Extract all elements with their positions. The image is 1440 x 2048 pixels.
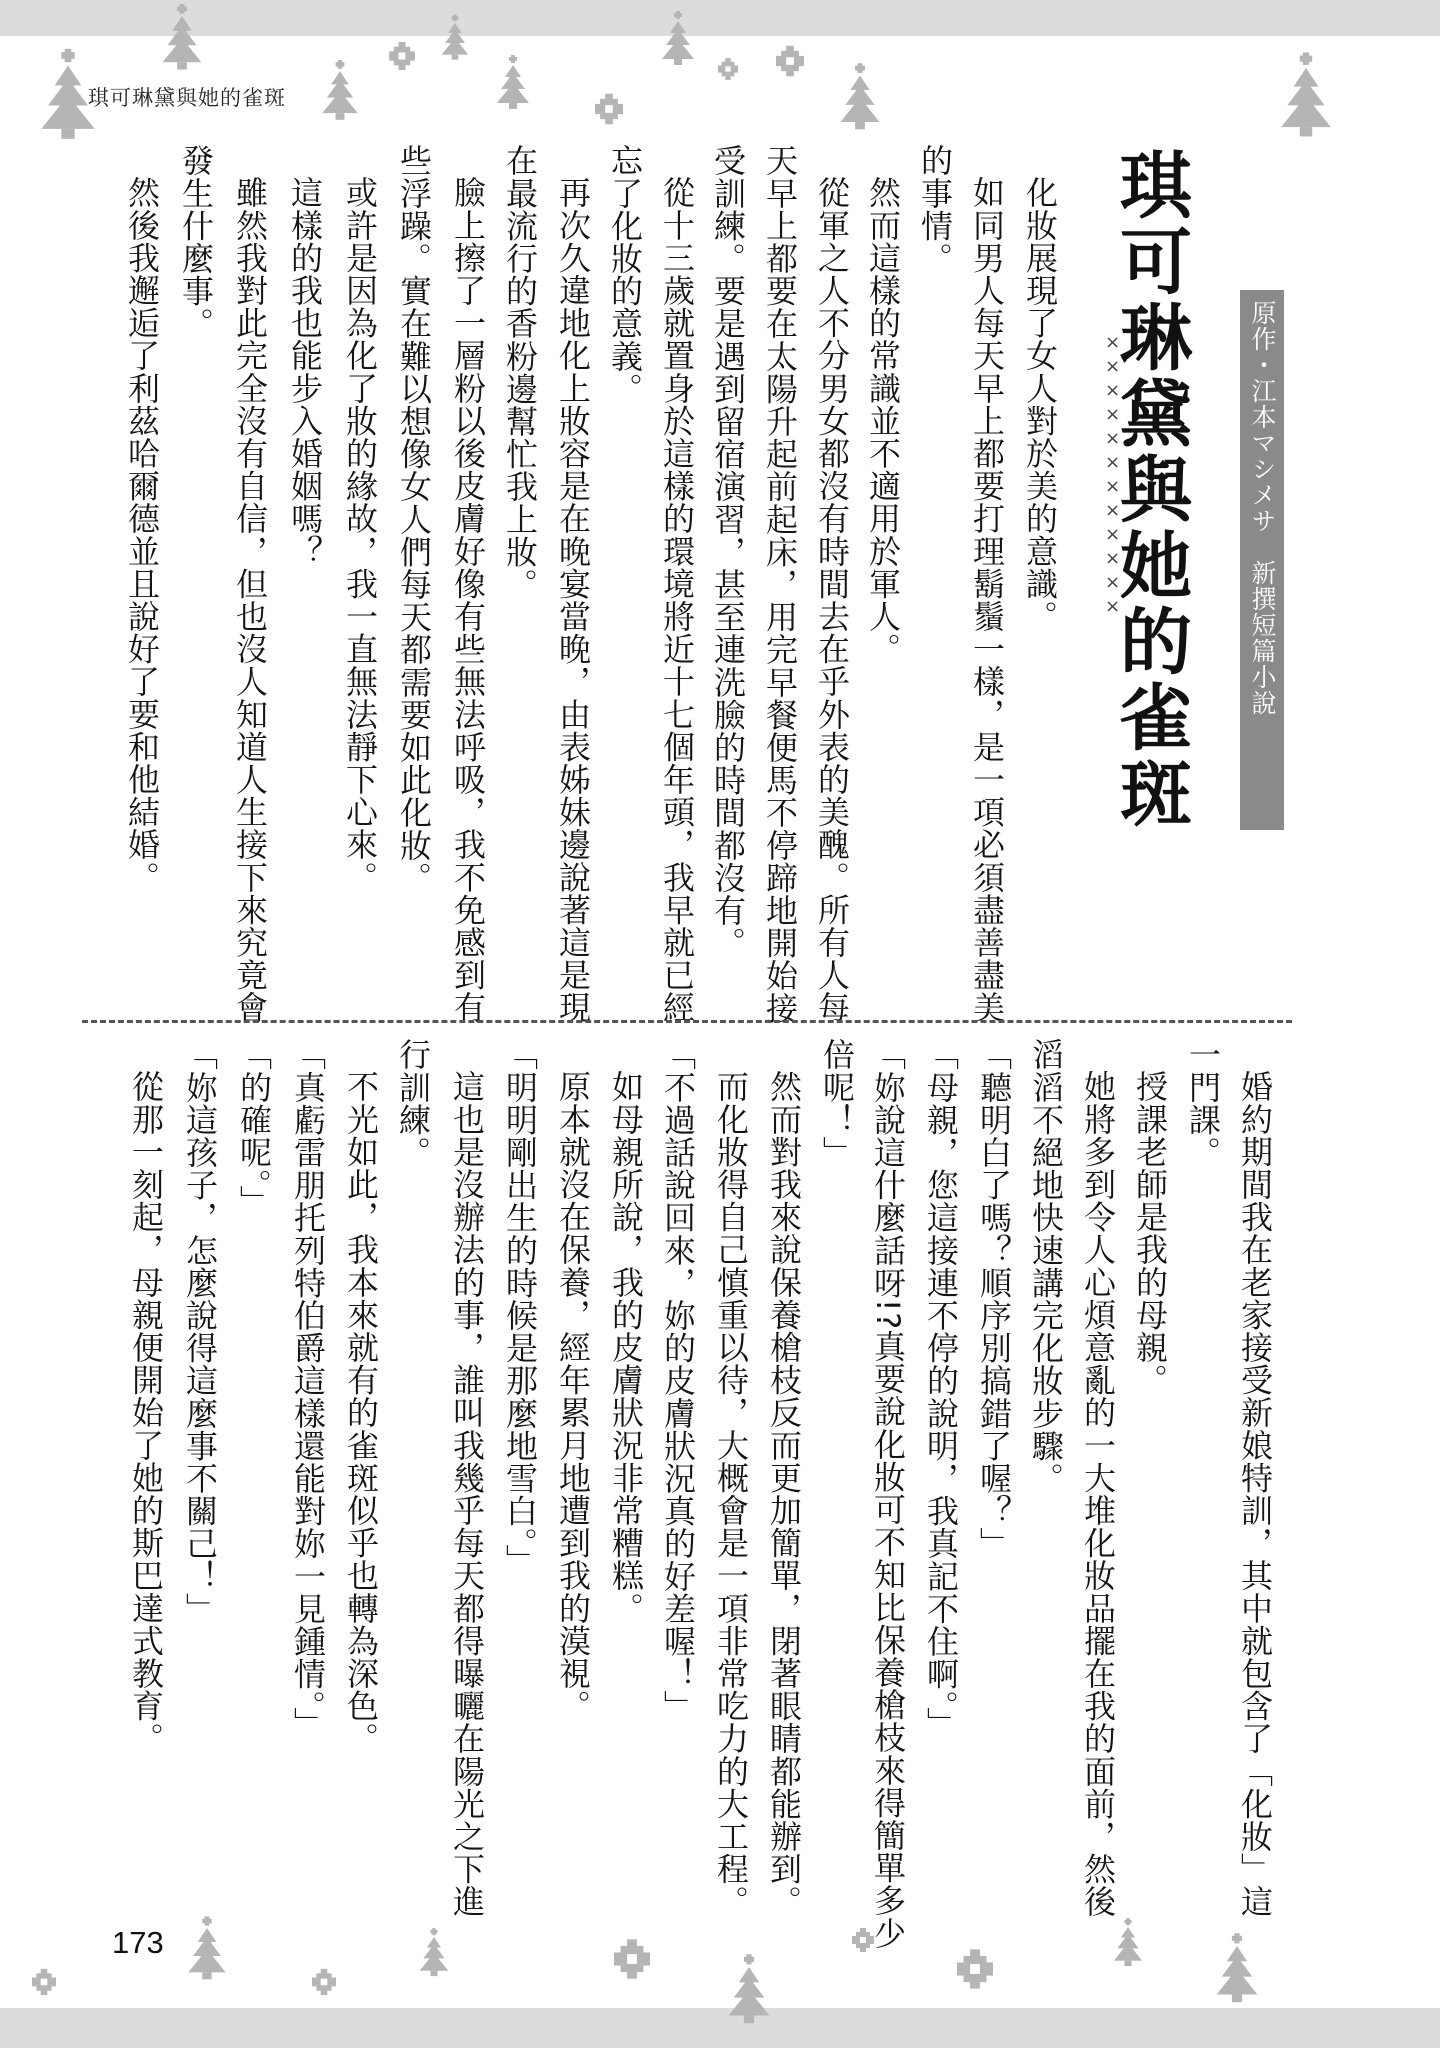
page-number: 173: [112, 1925, 164, 1961]
pixel-tree-icon: [1278, 48, 1334, 144]
pixel-snowflake-icon: [718, 54, 738, 84]
pixel-tree-icon: [1112, 1912, 1144, 1974]
pixel-tree-icon: [418, 1922, 450, 1984]
body-column: 而化妝得自己慎重以待，大概會是一項非常吃力的大工程。: [715, 1070, 747, 1918]
body-column: 在最流行的香粉邊幫忙我上妝。: [504, 144, 536, 600]
top-border-band: [0, 0, 1440, 36]
body-column: 「母親，您這接連不停的說明，我真記不住啊。」: [925, 1038, 957, 1739]
pixel-tree-icon: [726, 1942, 772, 2038]
body-column: 原本就沒在保養，經年累月地遭到我的漠視。: [557, 1070, 589, 1722]
pixel-snowflake-icon: [614, 1935, 650, 1983]
body-column: 如母親所說，我的皮膚狀況非常糟糕。: [610, 1070, 642, 1624]
pixel-tree-icon: [320, 60, 360, 122]
body-column: 「不過話說回來，妳的皮膚狀況真的好差喔！」: [662, 1038, 694, 1723]
pixel-tree-icon: [838, 50, 882, 145]
body-column: 從那一刻起，母親便開始了她的斯巴達式教育。: [130, 1070, 162, 1755]
body-column: 「真虧雷朋托列特伯爵這樣還能對妳一見鍾情。」: [292, 1038, 324, 1739]
pixel-tree-icon: [660, 8, 696, 70]
pixel-snowflake-icon: [32, 1968, 56, 1996]
body-column: 然後我邂逅了利茲哈爾德並且說好了要和他結婚。: [126, 176, 158, 893]
body-column: 「的確呢。」: [238, 1038, 270, 1218]
pixel-snowflake-icon: [595, 86, 623, 132]
pixel-tree-icon: [495, 52, 531, 114]
pixel-tree-icon: [1214, 1922, 1260, 2016]
body-column: 臉上擦了一層粉以後皮膚好像有些無法呼吸，我不免感到有: [452, 176, 484, 1024]
body-column: 雖然我對此完全沒有自信，但也沒人知道人生接下來究竟會: [234, 176, 266, 1024]
body-column: 「妳說這什麼話呀!?真要說化妝可不知比保養槍枝來得簡單多少: [872, 1038, 904, 1949]
body-column: 「妳這孩子，怎麼說得這麼事不關己！」: [184, 1038, 216, 1625]
pixel-tree-icon: [440, 0, 470, 76]
body-column: 一門課。: [1187, 1038, 1219, 1168]
body-column: 這也是沒辦法的事，誰叫我幾乎每天都得曝曬在陽光之下進: [451, 1070, 483, 1918]
body-column: 然而這樣的常識並不適用於軍人。: [867, 176, 899, 665]
body-column: 她將多到令人心煩意亂的一大堆化妝品擺在我的面前，然後: [1082, 1070, 1114, 1918]
body-column: 或許是因為化了妝的緣故，我一直無法靜下心來。: [344, 176, 376, 893]
section-marks: ××××××××××××: [1103, 332, 1121, 620]
body-column: 滔滔不絕地快速講完化妝步驟。: [1030, 1038, 1062, 1494]
body-column: 從軍之人不分男女都沒有時間去在乎外表的美醜。所有人每: [816, 176, 848, 1024]
body-column: 天早上都要在太陽升起前起床，用完早餐便馬不停蹄地開始接: [764, 144, 796, 1024]
body-column: 再次久違地化上妝容是在晚宴當晚，由表姊妹邊說著這是現: [557, 176, 589, 1024]
body-column: 從十三歲就置身於這樣的環境將近十七個年頭，我早就已經: [661, 176, 693, 1024]
section-divider: [82, 1020, 1292, 1023]
body-column: 些浮躁。實在難以想像女人們每天都需要如此化妝。: [398, 144, 430, 894]
running-head: 琪可琳黛與她的雀斑: [88, 82, 286, 112]
pixel-snowflake-icon: [957, 1945, 993, 1993]
body-column: 的事情。: [919, 144, 951, 274]
pixel-tree-icon: [186, 1910, 228, 1988]
body-column: 然而對我來說保養槍枝反而更加簡單，閉著眼睛都能辦到。: [768, 1070, 800, 1918]
body-column: 受訓練。要是遇到留宿演習，甚至連洗臉的時間都沒有。: [712, 144, 744, 959]
body-column: 化妝展現了女人對於美的意識。: [1024, 176, 1056, 632]
body-column: 倍呢！」: [821, 1038, 853, 1168]
author-tag: 原作・江本マシメサ 新撰短篇小說: [1240, 290, 1284, 830]
body-column: 婚約期間我在老家接受新娘特訓，其中就包含了「化妝」這: [1239, 1070, 1271, 1918]
pixel-tree-icon: [160, 4, 204, 72]
body-column: 如同男人每天早上都要打理鬍鬚一樣，是一項必須盡善盡美: [971, 176, 1003, 1024]
body-column: 「明明剛出生的時候是那麼地雪白。」: [504, 1038, 536, 1576]
body-column: 行訓練。: [397, 1038, 429, 1168]
pixel-snowflake-icon: [388, 42, 416, 70]
pixel-tree-icon: [38, 48, 98, 143]
body-column: 這樣的我也能步入婚姻嗎？: [289, 176, 321, 567]
body-column: 授課老師是我的母親。: [1134, 1070, 1166, 1396]
body-column: 忘了化妝的意義。: [609, 144, 641, 405]
body-column: 「聽明白了嗎？順序別搞錯了喔？」: [978, 1038, 1010, 1560]
pixel-snowflake-icon: [312, 1968, 336, 1996]
body-column: 不光如此，我本來就有的雀斑似乎也轉為深色。: [345, 1070, 377, 1755]
pixel-snowflake-icon: [776, 38, 804, 84]
pixel-snowflake-icon: [852, 1925, 874, 1955]
page-title: 琪可琳黛與她的雀斑: [1114, 148, 1186, 832]
body-column: 發生什麼事。: [180, 144, 212, 340]
